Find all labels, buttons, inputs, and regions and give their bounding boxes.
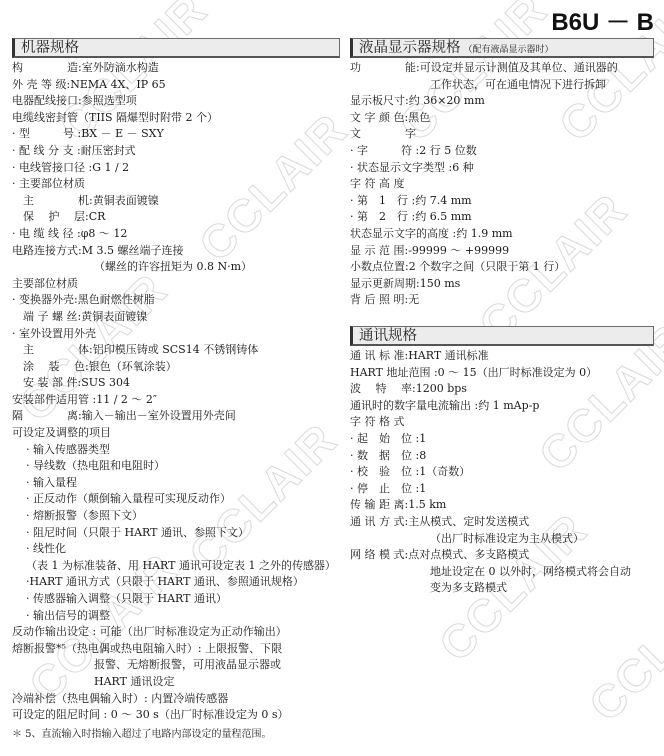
- spec-value: 黄铜表面镀镍: [93, 194, 159, 207]
- adjustable-item: （表 1 为标准装备、用 HART 通讯可设定表 1 之外的传感器）: [12, 558, 340, 575]
- adjustable-item: · 阻尼时间（只限于 HART 通讯、参照下文）: [12, 525, 340, 542]
- spec-value: 2 个数字之间（只限于第 1 行）: [409, 260, 566, 273]
- spec-label: · 数 据 位 :: [350, 449, 419, 462]
- spec-value: 无: [408, 293, 419, 306]
- spec-row: 字 符 格 式: [350, 414, 654, 431]
- spec-label: · 变换器外壳:: [12, 293, 78, 306]
- spec-row: 构 造:室外防滴水构造: [12, 60, 340, 77]
- spec-row: 主 体:铝印模压铸或 SCS14 不锈钢铸体: [12, 342, 340, 359]
- spec-value: BX － E － SXY: [81, 127, 164, 140]
- spec-value: 2 行 5 位数: [419, 144, 477, 157]
- spec-row: 电器配线接口:参照选型项: [12, 93, 340, 110]
- adjustable-item: · 输入传感器类型: [12, 442, 340, 459]
- spec-value: 黑色耐燃性树脂: [78, 293, 155, 306]
- spec-label: · 第 2 行 :: [350, 210, 415, 223]
- spec-row: 功 能:可设定并显示计测值及其单位、通讯器的: [350, 60, 654, 77]
- spec-value: 点对点模式、多支路模式: [408, 548, 529, 561]
- spec-row: 变为多支路模式: [350, 580, 654, 597]
- comm-spec-heading: 通讯规格: [350, 326, 654, 346]
- spec-row: 网 络 模 式:点对点模式、多支路模式: [350, 547, 654, 564]
- spec-value: NEMA 4X、IP 65: [70, 78, 165, 91]
- spec-value: 1200 bps: [416, 382, 467, 395]
- spec-value: SUS 304: [81, 376, 130, 389]
- spec-row: · 第 2 行 :约 6.5 mm: [350, 209, 654, 226]
- spec-label: · 配 线 分 支 :: [12, 144, 81, 157]
- spec-label: · 电 缆 线 径 :: [12, 227, 81, 240]
- spec-label: · 主要部位材质: [12, 177, 85, 190]
- spec-row: · 主要部位材质: [12, 176, 340, 193]
- tail-row: 冷端补偿（热电偶输入时）: 内置冷端传感器: [12, 691, 340, 708]
- spec-row: · 停 止 位 :1: [350, 481, 654, 498]
- spec-label: 传 输 距 离:: [350, 498, 408, 511]
- machine-spec-section: 机器规格 构 造:室外防滴水构造 外 壳 等 级:NEMA 4X、IP 65 电…: [12, 38, 340, 742]
- spec-label: · 状态显示文字类型 :: [350, 161, 452, 174]
- spec-row: · 校 验 位 :1（奇数）: [350, 464, 654, 481]
- spec-value: 6 种: [452, 161, 474, 174]
- spec-label: 通 讯 标 准:: [350, 349, 408, 362]
- footnote: ＊ 5、直流输入时指输入超过了电路内部设定的量程范围。: [12, 728, 340, 742]
- spec-label: 字 符 高 度: [350, 177, 405, 190]
- spec-label: 电器配线接口:: [12, 94, 82, 107]
- adjustable-item: ·HART 通讯方式（只限于 HART 通讯、参照通讯规格）: [12, 574, 340, 591]
- spec-value: 输入－输出－室外设置用外壳间: [82, 409, 236, 422]
- spec-label: 通讯时的数字量电流输出 :: [350, 399, 478, 412]
- adjustable-item: · 传感器输入调整（只限于 HART 通讯）: [12, 591, 340, 608]
- spec-row: 波 特 率:1200 bps: [350, 381, 654, 398]
- spec-row: 字 符 高 度: [350, 176, 654, 193]
- spec-row: 通 讯 标 准:HART 通讯标准: [350, 348, 654, 365]
- spec-label: 涂 装 色:: [12, 360, 89, 373]
- spec-value: 0 ～ 15（出厂时标准设定为 0）: [438, 366, 597, 379]
- comm-spec-section: 通讯规格 通 讯 标 准:HART 通讯标准 HART 地址范围 :0 ～ 15…: [350, 326, 654, 597]
- spec-row: 端 子 螺 丝:黄铜表面镀镍: [12, 309, 340, 326]
- tail-row: 熔断报警*⁵（热电偶或热电阻输入时）: 上限报警、下限: [12, 641, 340, 658]
- spec-row: HART 地址范围 :0 ～ 15（出厂时标准设定为 0）: [350, 365, 654, 382]
- machine-spec-heading: 机器规格: [12, 38, 340, 58]
- spec-value: 1: [419, 432, 426, 445]
- spec-value: HART 通讯标准: [408, 349, 488, 362]
- tail-row: 报警、无熔断报警，可用液晶显示器或: [12, 657, 340, 674]
- spec-label: 电缆线密封管（TIIS 隔爆型时附带 2 个）: [12, 111, 218, 124]
- spec-label: 保 护 层:: [12, 210, 89, 223]
- adjustable-title: 可设定及调整的项目: [12, 425, 340, 442]
- section-subtitle: （配有液晶显示器时）: [464, 45, 554, 55]
- spec-value: -99999 ～ +99999: [408, 244, 509, 257]
- spec-value: G 1 / 2: [92, 161, 129, 174]
- spec-label: · 型 号 :: [12, 127, 81, 140]
- spec-value: 黄铜表面镀镍: [81, 310, 147, 323]
- adjustable-item: · 正反动作（颠倒输入量程可实现反动作）: [12, 491, 340, 508]
- spec-value: 1（奇数）: [419, 465, 470, 478]
- spec-label: 安装部件适用管 :: [12, 393, 96, 406]
- spec-value: 地址设定在 0 以外时，网络模式将会自动: [430, 565, 631, 578]
- spec-label: 主要部位材质: [12, 277, 78, 290]
- spec-row: 地址设定在 0 以外时，网络模式将会自动: [350, 564, 654, 581]
- spec-value: （螺丝的许容扭矩为 0.8 N·m）: [94, 260, 252, 273]
- spec-row: · 起 始 位 :1: [350, 431, 654, 448]
- spec-row: 保 护 层:CR: [12, 209, 340, 226]
- spec-label: · 起 始 位 :: [350, 432, 419, 445]
- spec-value: 约 1 mAp-p: [478, 399, 539, 412]
- spec-row: 文 字 颜 色:黑色: [350, 110, 654, 127]
- spec-value: 主从模式、定时发送模式: [408, 515, 529, 528]
- model-title: B6U － B: [551, 2, 654, 37]
- spec-row: （出厂时标准设定为主从模式）: [350, 531, 654, 548]
- spec-value: CR: [89, 210, 106, 223]
- spec-row: 电路连接方式:M 3.5 螺丝端子连接: [12, 243, 340, 260]
- lcd-spec-section: 液晶显示器规格（配有液晶显示器时） 功 能:可设定并显示计测值及其单位、通讯器的…: [350, 38, 654, 309]
- spec-label: 显示板尺寸:: [350, 94, 409, 107]
- spec-row: · 电 缆 线 径 :φ8 ～ 12: [12, 226, 340, 243]
- spec-value: 150 ms: [420, 277, 461, 290]
- spec-value: 约 7.4 mm: [415, 194, 471, 207]
- adjustable-item: · 线性化: [12, 541, 340, 558]
- spec-row: 状态显示文字的高度 :约 1.9 mm: [350, 226, 654, 243]
- spec-label: · 第 1 行 :: [350, 194, 415, 207]
- spec-value: 约 6.5 mm: [415, 210, 471, 223]
- spec-label: HART 地址范围 :: [350, 366, 438, 379]
- spec-row: · 电线管接口径 :G 1 / 2: [12, 160, 340, 177]
- spec-row: 电缆线密封管（TIIS 隔爆型时附带 2 个）: [12, 110, 340, 127]
- spec-value: 铝印模压铸或 SCS14 不锈钢铸体: [93, 343, 258, 356]
- spec-value: 工作状态，可在通电情况下进行拆卸: [430, 78, 606, 91]
- spec-label: 小数点位置:: [350, 260, 409, 273]
- spec-row: · 数 据 位 :8: [350, 448, 654, 465]
- spec-label: 网 络 模 式:: [350, 548, 408, 561]
- spec-label: 隔 离:: [12, 409, 82, 422]
- spec-value: 耐压密封式: [81, 144, 136, 157]
- spec-label: 显 示 范 围:: [350, 244, 408, 257]
- section-title: 机器规格: [21, 40, 79, 56]
- spec-label: · 室外设置用外壳: [12, 327, 96, 340]
- spec-value: 11 / 2 ～ 2″: [96, 393, 157, 406]
- spec-label: 文 字: [350, 127, 416, 140]
- spec-label: · 停 止 位 :: [350, 482, 419, 495]
- spec-value: 可设定并显示计测值及其单位、通讯器的: [420, 61, 618, 74]
- spec-label: 文 字 颜 色:: [350, 111, 408, 124]
- spec-row: · 字 符 :2 行 5 位数: [350, 143, 654, 160]
- spec-value: 参照选型项: [82, 94, 137, 107]
- spec-value: φ8 ～ 12: [81, 227, 128, 240]
- spec-row: 背 后 照 明:无: [350, 292, 654, 309]
- spec-label: 端 子 螺 丝:: [12, 310, 81, 323]
- spec-row: 通讯时的数字量电流输出 :约 1 mAp-p: [350, 398, 654, 415]
- adjustable-item: · 输出信号的调整: [12, 608, 340, 625]
- spec-row: · 型 号 :BX － E － SXY: [12, 126, 340, 143]
- spec-value: 8: [419, 449, 426, 462]
- spec-row: 显示板尺寸:约 36×20 mm: [350, 93, 654, 110]
- spec-label: 电路连接方式:: [12, 244, 82, 257]
- tail-row: 反动作输出设定 : 可能（出厂时标准设定为正动作输出）: [12, 624, 340, 641]
- spec-row: 工作状态，可在通电情况下进行拆卸: [350, 77, 654, 94]
- tail-row: HART 通讯设定: [12, 674, 340, 691]
- spec-label: 通 讯 方 式:: [350, 515, 408, 528]
- section-title: 液晶显示器规格: [359, 40, 461, 56]
- spec-row: 主要部位材质: [12, 276, 340, 293]
- spec-row: 外 壳 等 级:NEMA 4X、IP 65: [12, 77, 340, 94]
- spec-label: 外 壳 等 级:: [12, 78, 70, 91]
- spec-row: 小数点位置:2 个数字之间（只限于第 1 行）: [350, 259, 654, 276]
- spec-row: 传 输 距 离:1.5 km: [350, 497, 654, 514]
- spec-value: 1.5 km: [408, 498, 446, 511]
- spec-label: 安 装 部 件:: [12, 376, 81, 389]
- spec-row: 显示更新周期:150 ms: [350, 276, 654, 293]
- spec-label: 构 造:: [12, 61, 82, 74]
- spec-label: 功 能:: [350, 61, 420, 74]
- spec-label: · 字 符 :: [350, 144, 419, 157]
- spec-label: · 校 验 位 :: [350, 465, 419, 478]
- spec-label: 主 体:: [12, 343, 93, 356]
- spec-value: 约 1.9 mm: [456, 227, 512, 240]
- spec-value: M 3.5 螺丝端子连接: [82, 244, 184, 257]
- spec-label: 显示更新周期:: [350, 277, 420, 290]
- spec-row: 显 示 范 围:-99999 ～ +99999: [350, 243, 654, 260]
- spec-label: 波 特 率:: [350, 382, 416, 395]
- spec-label: 状态显示文字的高度 :: [350, 227, 456, 240]
- section-title: 通讯规格: [359, 328, 417, 344]
- lcd-spec-heading: 液晶显示器规格（配有液晶显示器时）: [350, 38, 654, 58]
- spec-row: 隔 离:输入－输出－室外设置用外壳间: [12, 408, 340, 425]
- spec-value: 1: [419, 482, 426, 495]
- spec-row: 主 机:黄铜表面镀镍: [12, 193, 340, 210]
- adjustable-item: · 熔断报警（参照下文）: [12, 508, 340, 525]
- adjustable-list: · 输入传感器类型 · 导线数（热电阻和电阻时） · 输入量程 · 正反动作（颠…: [12, 442, 340, 625]
- spec-value: 约 36×20 mm: [409, 94, 485, 107]
- adjustable-item: · 导线数（热电阻和电阻时）: [12, 458, 340, 475]
- spec-row: · 变换器外壳:黑色耐燃性树脂: [12, 292, 340, 309]
- spec-row: 通 讯 方 式:主从模式、定时发送模式: [350, 514, 654, 531]
- spec-row: · 室外设置用外壳: [12, 326, 340, 343]
- spec-row: 安装部件适用管 :11 / 2 ～ 2″: [12, 392, 340, 409]
- spec-value: 银色（环氧涂装）: [89, 360, 177, 373]
- spec-row: （螺丝的许容扭矩为 0.8 N·m）: [12, 259, 340, 276]
- spec-row: 安 装 部 件:SUS 304: [12, 375, 340, 392]
- adjustable-item: · 输入量程: [12, 475, 340, 492]
- spec-row: · 第 1 行 :约 7.4 mm: [350, 193, 654, 210]
- tail-row: 可设定的阻尼时间 : 0 ～ 30 s（出厂时标准设定为 0 s）: [12, 707, 340, 724]
- spec-row: · 配 线 分 支 :耐压密封式: [12, 143, 340, 160]
- spec-value: 室外防滴水构造: [82, 61, 159, 74]
- spec-value: 变为多支路模式: [430, 581, 507, 594]
- spec-row: · 状态显示文字类型 :6 种: [350, 160, 654, 177]
- spec-row: 文 字: [350, 126, 654, 143]
- spec-value: 黑色: [408, 111, 430, 124]
- spec-label: 字 符 格 式: [350, 415, 405, 428]
- spec-label: · 电线管接口径 :: [12, 161, 92, 174]
- spec-label: 主 机:: [12, 194, 93, 207]
- spec-value: （出厂时标准设定为主从模式）: [430, 532, 584, 545]
- spec-label: 背 后 照 明:: [350, 293, 408, 306]
- machine-spec-rows: 构 造:室外防滴水构造 外 壳 等 级:NEMA 4X、IP 65 电器配线接口…: [12, 60, 340, 425]
- spec-row: 涂 装 色:银色（环氧涂装）: [12, 359, 340, 376]
